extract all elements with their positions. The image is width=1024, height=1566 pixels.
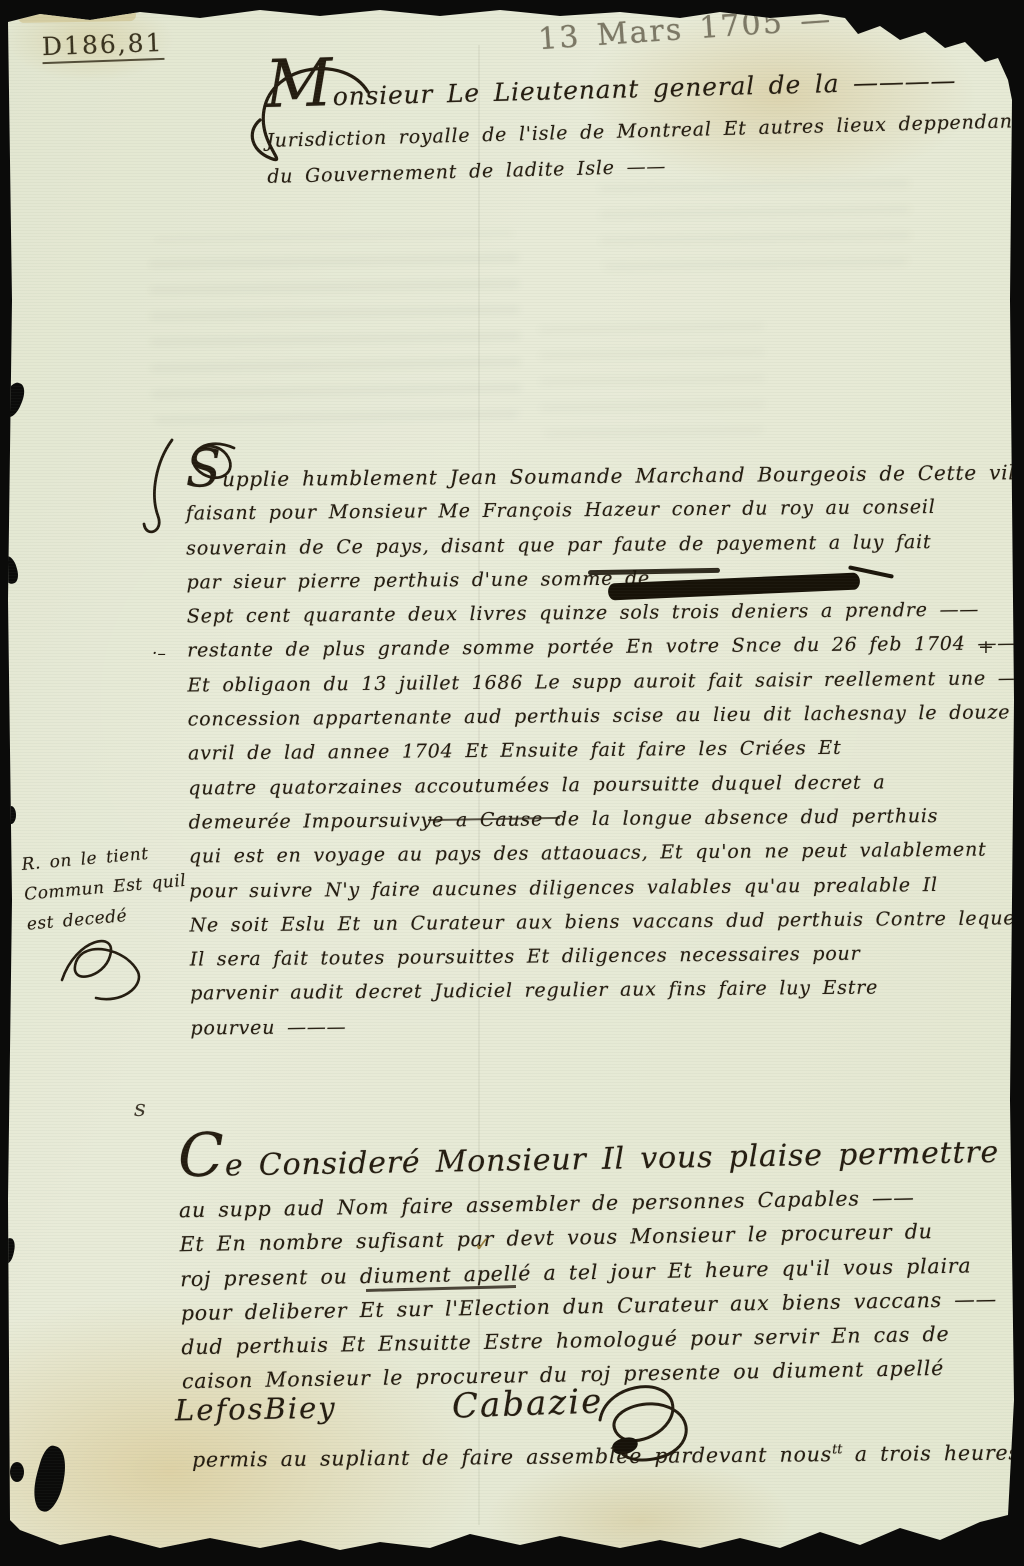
squiggle-mark: s xyxy=(134,1096,146,1122)
final-line-text: a trois heures — xyxy=(855,1440,1024,1466)
margin-paraph-flourish xyxy=(52,928,152,1008)
scanned-manuscript: D186,81 13 Mars 1705 — Monsieur Le Lieut… xyxy=(0,0,1024,1566)
paper-torn-sliver xyxy=(18,9,136,23)
paper-tear xyxy=(10,1462,24,1482)
paper-tear xyxy=(0,554,21,585)
marginal-plus-mark: + xyxy=(978,636,994,658)
petition-closing: Ce Consideré Monsieur Il vous plaise per… xyxy=(178,1127,1012,1399)
header-address: Monsieur Le Lieutenant general de la ———… xyxy=(264,50,1024,195)
paper-tear xyxy=(0,1237,17,1265)
signature-lefosbiey: LefosBiey xyxy=(175,1391,337,1428)
signature-cabazie: Cabazie xyxy=(451,1381,604,1426)
date-annotation: 13 Mars 1705 — xyxy=(537,2,833,57)
marginal-tick-mark: ·– xyxy=(152,644,166,664)
paper-tear xyxy=(6,806,16,824)
body-line: Supplie humblement Jean Soumande Marchan… xyxy=(185,448,995,496)
final-line-text: permis au supliant de faire assemblee pa… xyxy=(192,1442,832,1472)
verso-showthrough xyxy=(148,232,521,423)
body-line: souverain de Ce pays, disant que par fau… xyxy=(186,524,996,565)
paper-tear xyxy=(0,380,28,420)
final-decision-line: permis au supliant de faire assemblee pa… xyxy=(192,1440,1024,1472)
verso-showthrough xyxy=(539,313,766,437)
body-line: pourveu ——— xyxy=(190,1004,1000,1045)
archival-reference: D186,81 xyxy=(41,28,164,64)
check-mark: ✓ xyxy=(474,1232,491,1256)
final-line-superscript: tt xyxy=(832,1442,843,1457)
petition-body: Supplie humblement Jean Soumande Marchan… xyxy=(185,448,1000,1045)
paper-tear xyxy=(27,1443,72,1514)
body-line: Ne soit Eslu Et un Curateur aux biens va… xyxy=(189,901,999,942)
paper-sheet: D186,81 13 Mars 1705 — Monsieur Le Lieut… xyxy=(0,0,1024,1566)
margin-annotation: R. on le tient Commun Est quil est deced… xyxy=(20,834,207,939)
